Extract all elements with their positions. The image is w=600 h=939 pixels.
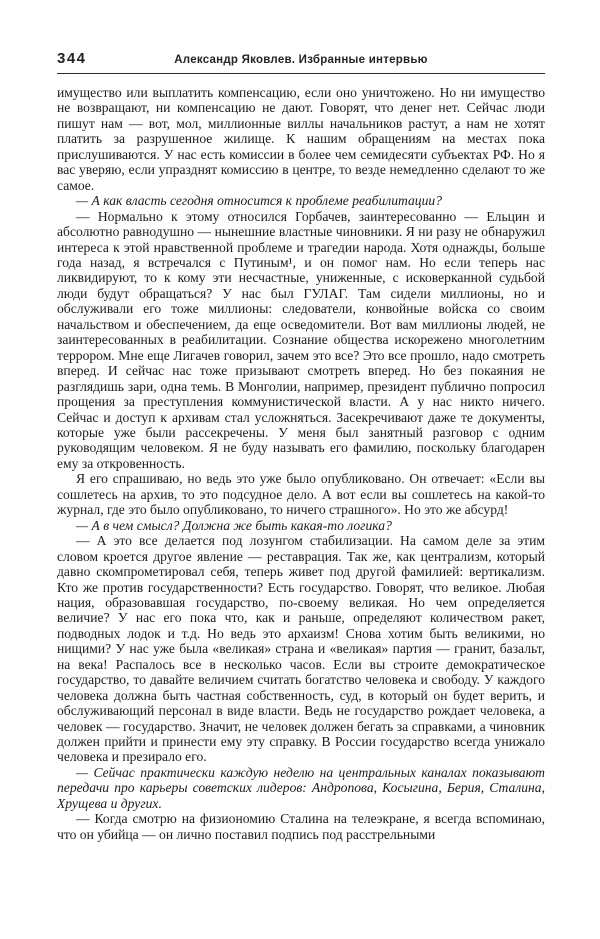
interviewer-question-1: — А как власть сегодня относится к пробл…: [57, 193, 545, 208]
paragraph-continued: имущество или выплатить компенсацию, есл…: [57, 85, 545, 193]
interviewee-answer-3: — А это все делается под лозунгом стабил…: [57, 533, 545, 765]
interviewer-question-3: — Сейчас практически каждую неделю на це…: [57, 765, 545, 811]
interviewee-answer-2: Я его спрашиваю, но ведь это уже было оп…: [57, 471, 545, 517]
interviewer-question-2: — А в чем смысл? Должна же быть какая-то…: [57, 518, 545, 533]
running-head: Александр Яковлев. Избранные интервью: [57, 54, 545, 66]
interviewee-answer-4: — Когда смотрю на физиономию Сталина на …: [57, 811, 545, 842]
book-page: 344 Александр Яковлев. Избранные интервь…: [0, 0, 600, 939]
interviewee-answer-1: — Нормально к этому относился Горбачев, …: [57, 209, 545, 472]
page-header: 344 Александр Яковлев. Избранные интервь…: [57, 46, 545, 74]
page-body: имущество или выплатить компенсацию, есл…: [57, 85, 545, 842]
